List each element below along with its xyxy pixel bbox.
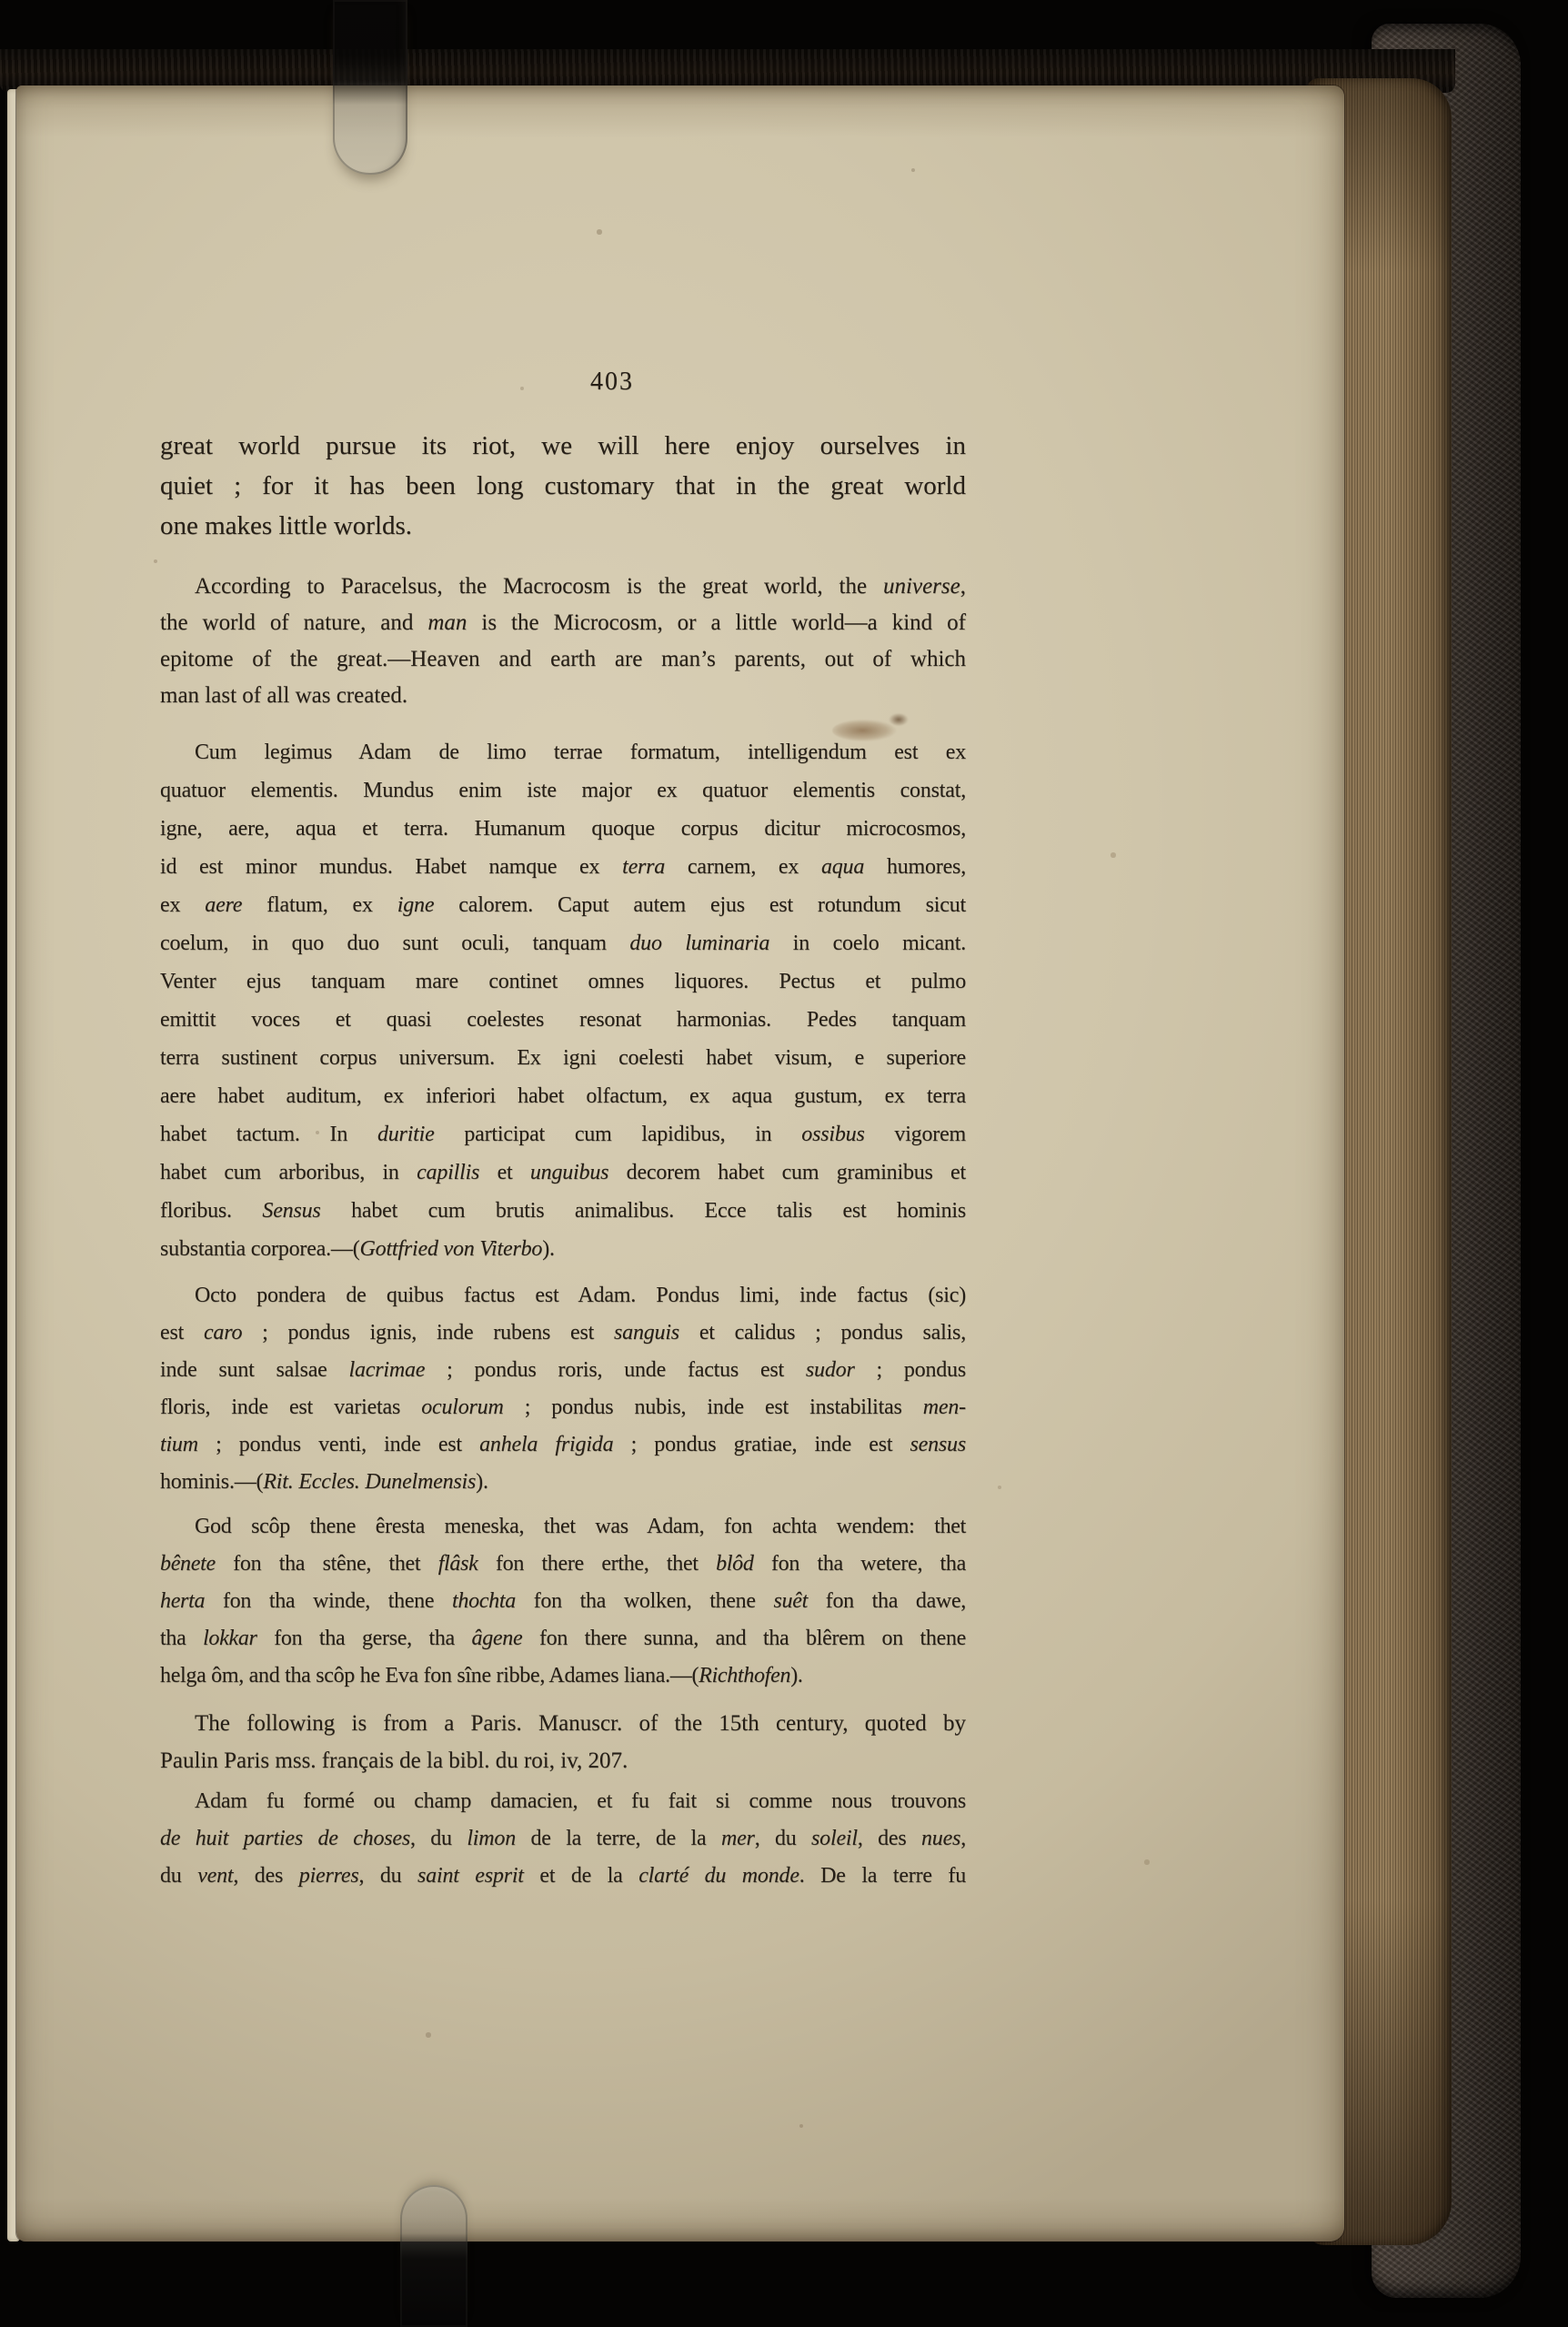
page-specks — [16, 86, 18, 87]
text-line: id est minor mundus. Habet namque ex ter… — [160, 848, 966, 886]
paragraph: Adam fu formé ou champ damacien, et fu f… — [160, 1783, 966, 1895]
text-line: quatuor elementis. Mundus enim iste majo… — [160, 771, 966, 810]
text-line: de huit parties de choses, du limon de l… — [160, 1820, 966, 1858]
paragraph: According to Paracelsus, the Macrocosm i… — [160, 569, 966, 714]
paragraph: Cum legimus Adam de limo terrae formatum… — [160, 733, 966, 1268]
book-page: 403 great world pursue its riot, we will… — [16, 86, 1344, 2241]
text-line: helga ôm, and tha scôp he Eva fon sîne r… — [160, 1657, 966, 1695]
text-line: inde sunt salsae lacrimae ; pondus roris… — [160, 1352, 966, 1389]
page-text-area: 403 great world pursue its riot, we will… — [160, 362, 966, 1895]
scanner-clamp-top — [333, 0, 407, 175]
text-line: Octo pondera de quibus factus est Adam. … — [160, 1277, 966, 1315]
text-line: one makes little worlds. — [160, 506, 966, 546]
text-line: floris, inde est varietas oculorum ; pon… — [160, 1389, 966, 1426]
text-line: habet cum arboribus, in capillis et ungu… — [160, 1153, 966, 1192]
text-line: aere habet auditum, ex inferiori habet o… — [160, 1077, 966, 1115]
text-line: emittit voces et quasi coelestes resonat… — [160, 1001, 966, 1039]
text-line: coelum, in quo duo sunt oculi, tanquam d… — [160, 924, 966, 962]
paragraph: great world pursue its riot, we will her… — [160, 426, 966, 546]
text-line: herta fon tha winde, thene thochta fon t… — [160, 1583, 966, 1620]
text-line: the world of nature, and man is the Micr… — [160, 605, 966, 641]
text-line: du vent, des pierres, du saint esprit et… — [160, 1858, 966, 1895]
text-line: epitome of the great.—Heaven and earth a… — [160, 641, 966, 678]
text-line: great world pursue its riot, we will her… — [160, 426, 966, 466]
page-number: 403 — [209, 362, 1015, 402]
text-line: Venter ejus tanquam mare continet omnes … — [160, 962, 966, 1001]
text-line: terra sustinent corpus universum. Ex ign… — [160, 1039, 966, 1077]
text-block: great world pursue its riot, we will her… — [160, 426, 966, 1895]
scanner-clamp-bottom — [400, 2185, 467, 2327]
text-line: Paulin Paris mss. français de la bibl. d… — [160, 1742, 966, 1779]
text-line: The following is from a Paris. Manuscr. … — [160, 1705, 966, 1742]
paragraph: Octo pondera de quibus factus est Adam. … — [160, 1277, 966, 1501]
book-scan: 403 great world pursue its riot, we will… — [0, 0, 1568, 2327]
text-line: quiet ; for it has been long customary t… — [160, 466, 966, 506]
text-line: Adam fu formé ou champ damacien, et fu f… — [160, 1783, 966, 1820]
paragraph: The following is from a Paris. Manuscr. … — [160, 1705, 966, 1779]
text-line: Cum legimus Adam de limo terrae formatum… — [160, 733, 966, 771]
text-line: tium ; pondus venti, inde est anhela fri… — [160, 1426, 966, 1464]
paragraph: God scôp thene êresta meneska, thet was … — [160, 1508, 966, 1695]
text-line: ex aere flatum, ex igne calorem. Caput a… — [160, 886, 966, 924]
text-line: habet tactum. In duritie participat cum … — [160, 1115, 966, 1153]
text-line: floribus. Sensus habet cum brutis animal… — [160, 1192, 966, 1230]
text-line: God scôp thene êresta meneska, thet was … — [160, 1508, 966, 1546]
text-line: man last of all was created. — [160, 678, 966, 714]
text-line: According to Paracelsus, the Macrocosm i… — [160, 569, 966, 605]
text-line: igne, aere, aqua et terra. Humanum quoqu… — [160, 810, 966, 848]
text-line: bênete fon tha stêne, thet flâsk fon the… — [160, 1546, 966, 1583]
text-line: est caro ; pondus ignis, inde rubens est… — [160, 1315, 966, 1352]
text-line: hominis.—(Rit. Eccles. Dunelmensis). — [160, 1464, 966, 1501]
text-line: substantia corporea.—(Gottfried von Vite… — [160, 1230, 966, 1268]
text-line: tha lokkar fon tha gerse, tha âgene fon … — [160, 1620, 966, 1657]
